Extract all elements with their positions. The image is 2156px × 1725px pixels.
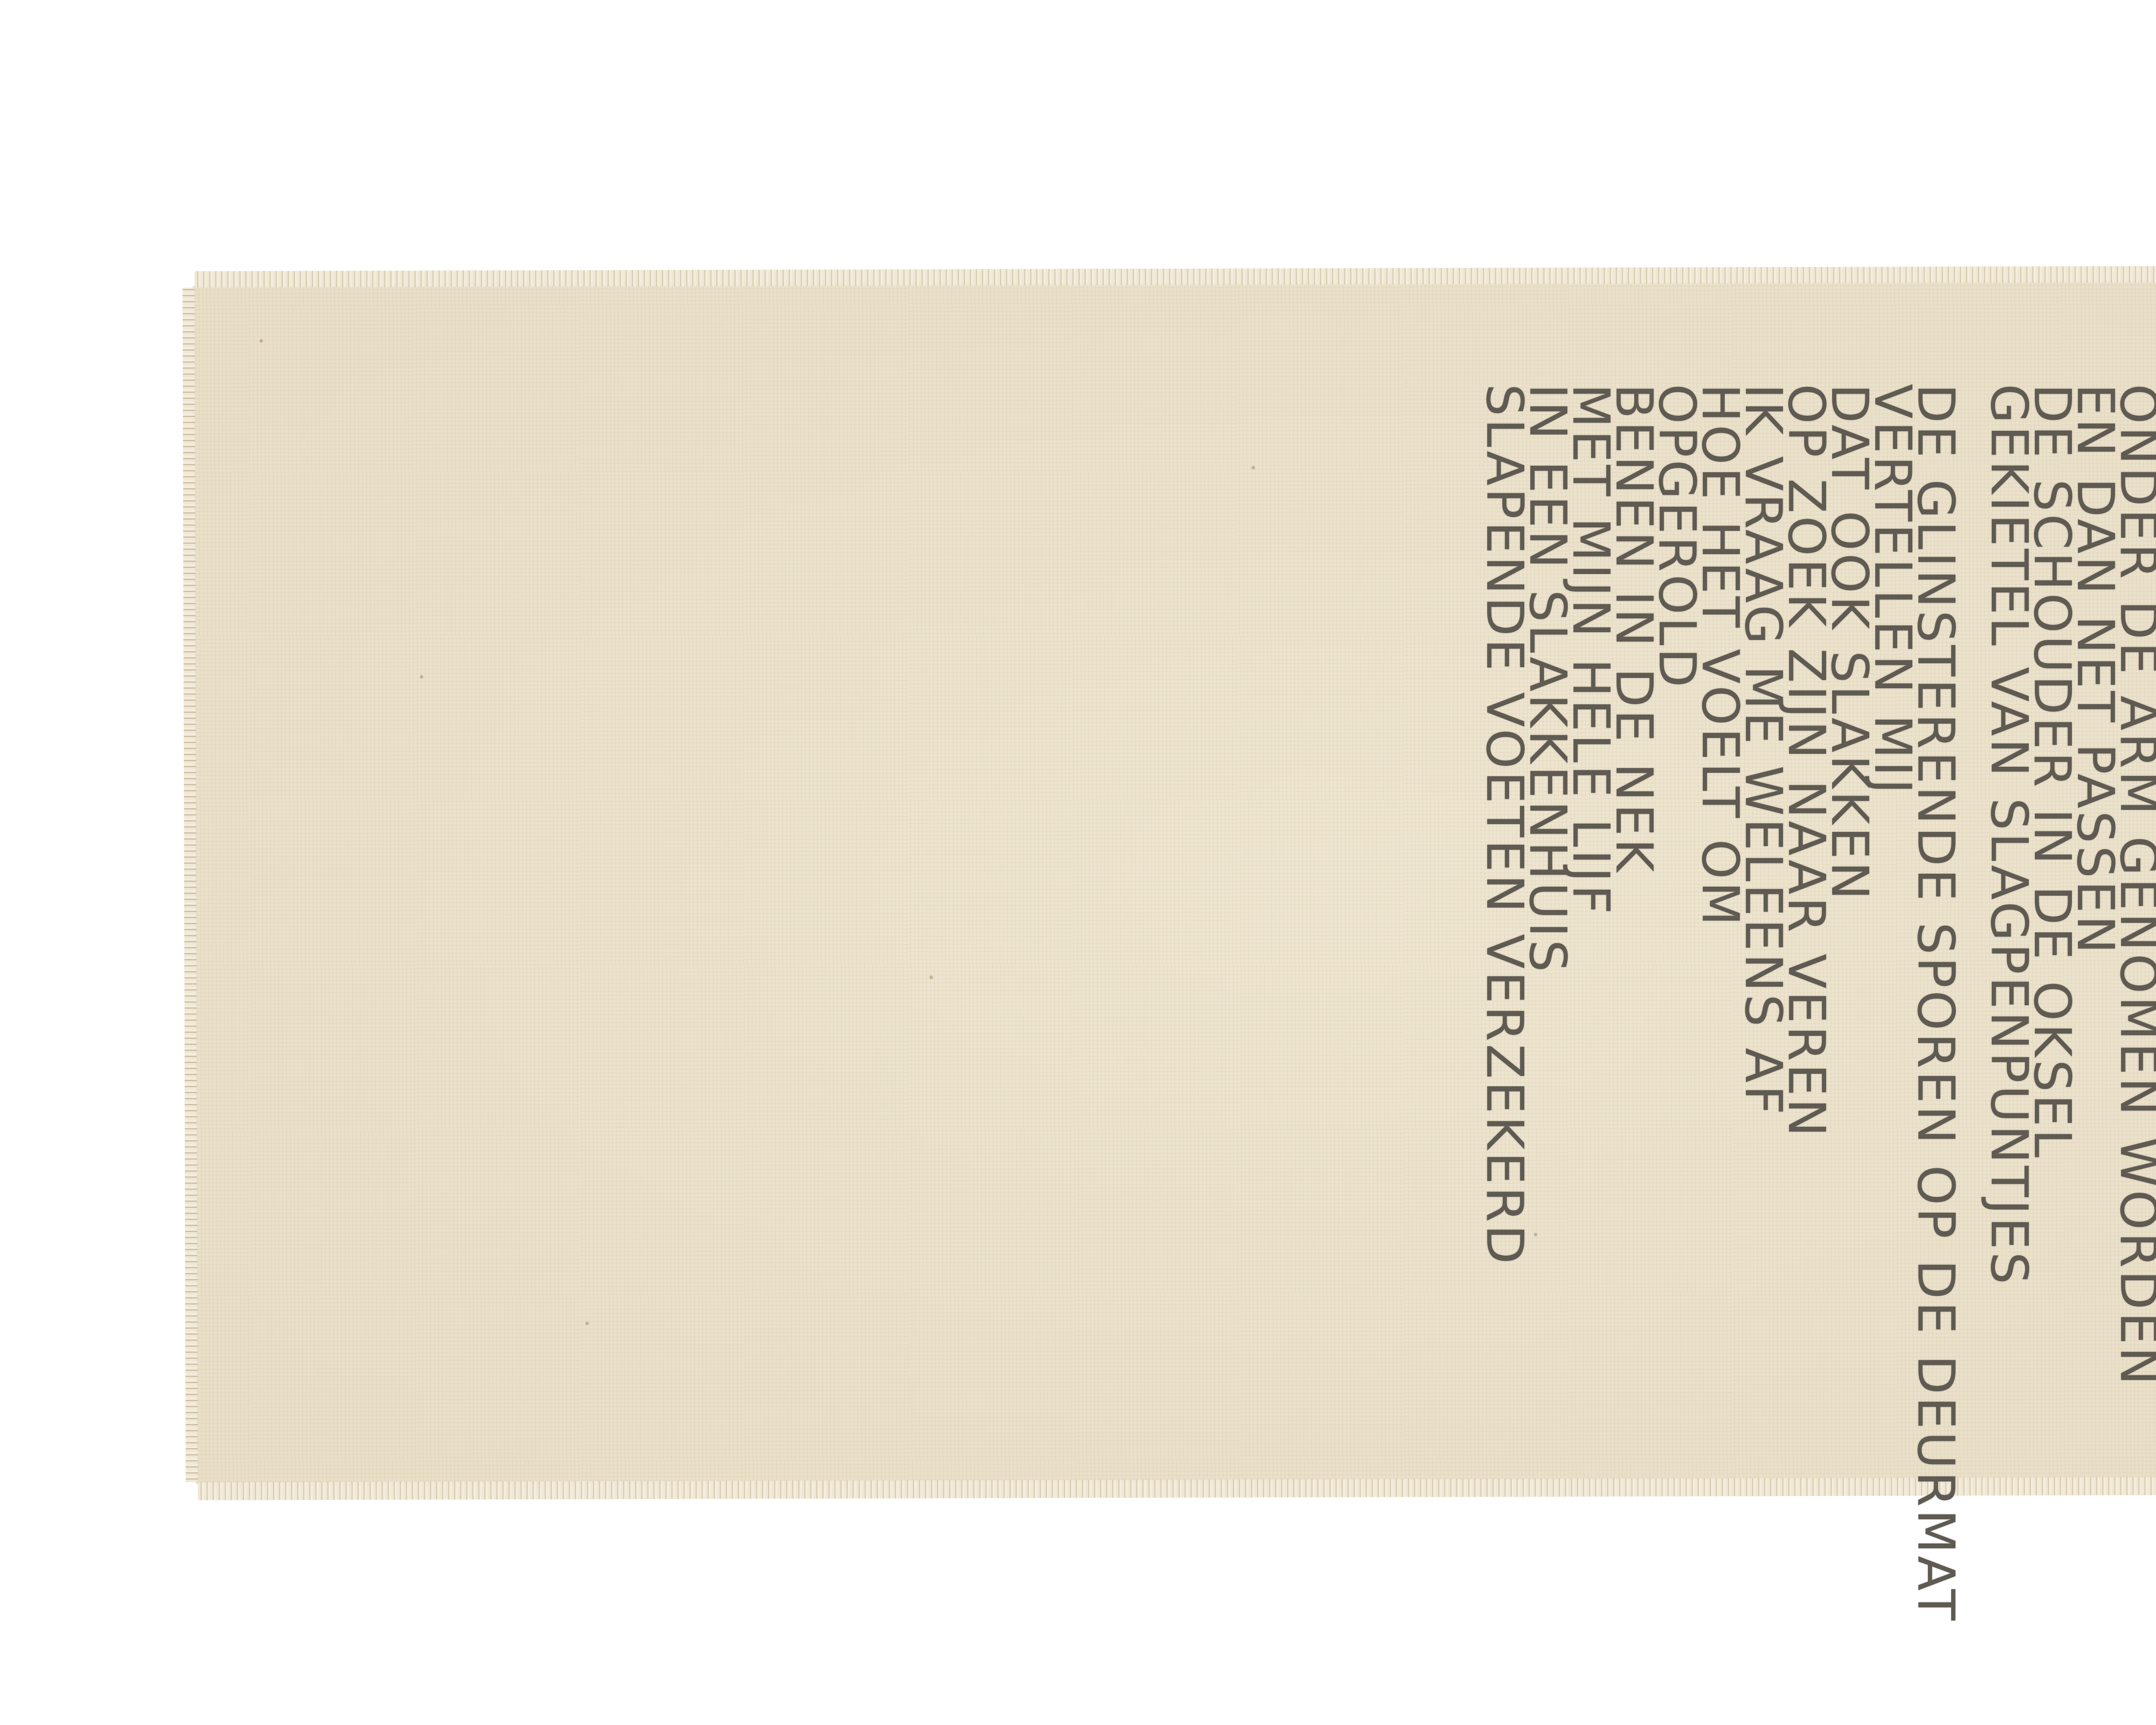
fabric-speck: [260, 339, 263, 342]
stanza-2: DE GLINSTERENDE SPOREN OP DE DEURMAT VER…: [1483, 384, 1958, 1623]
frayed-edge-top: [194, 265, 2156, 288]
fabric-speck: [930, 975, 933, 979]
fabric-speck: [586, 1321, 589, 1325]
poem-line: SLAPENDE VOETEN VERZEKERD: [1483, 384, 1526, 1623]
embroidered-poem: IK WIL ME VOEGEN BIJ DE REIKENDE VLEUGEL…: [1483, 384, 2156, 1623]
fabric-speck: [420, 675, 423, 678]
poem-line: GEKIETEL VAN SLAGPENPUNTJES: [1988, 384, 2031, 1623]
fabric-speck: [1251, 466, 1255, 469]
frayed-edge-left: [182, 288, 197, 1482]
stanza-1: IK WIL ME VOEGEN BIJ DE REIKENDE VLEUGEL…: [1988, 384, 2156, 1623]
